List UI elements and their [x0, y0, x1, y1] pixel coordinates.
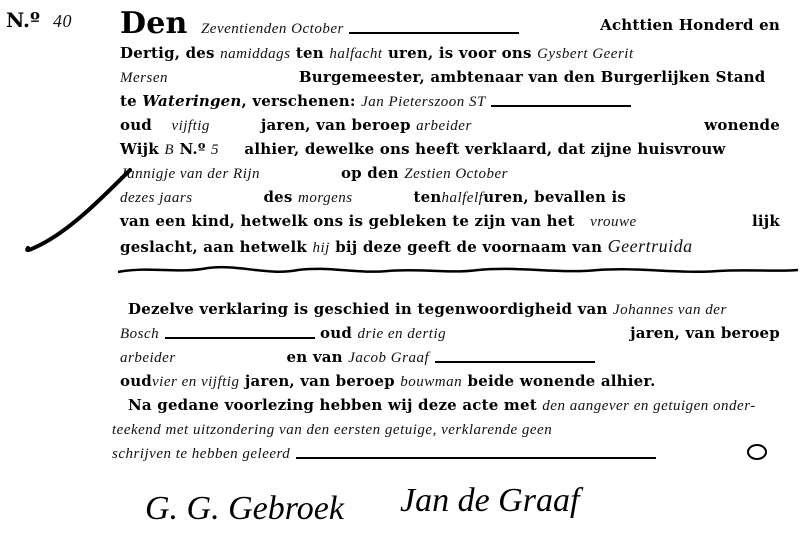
handwritten-witness2-occupation: bouwman — [400, 374, 462, 390]
record-line-7: Jannigje van der Rijn op den Zestien Oct… — [120, 164, 780, 190]
margin-flourish — [20, 160, 140, 260]
handwritten-birth-date: Zestien October — [404, 166, 508, 182]
printed-oud: oud — [120, 116, 152, 134]
signature-mayor: G. G. Gebroek — [145, 490, 344, 528]
birth-record-document: N.º 40 Den Zeventienden October Achttien… — [0, 0, 800, 558]
record-line-5: oud vijftig jaren, van beroep arbeider w… — [120, 116, 780, 142]
fill-line — [165, 329, 315, 339]
handwritten-hour: halfacht — [329, 46, 382, 62]
fill-line — [296, 449, 656, 459]
fill-line-wavy — [118, 262, 798, 282]
printed-number-label: N.º — [179, 140, 205, 158]
handwritten-hij: hij — [312, 240, 329, 256]
record-line-10: geslacht, aan hetwelk hij bij deze geeft… — [120, 236, 780, 262]
handwritten-witness1-surname: Bosch — [120, 326, 159, 342]
handwritten-house-number: 5 — [211, 142, 219, 158]
printed-burgemeester: Burgemeester, ambtenaar van den Burgerli… — [299, 68, 766, 86]
handwritten-child-name: Geertruida — [608, 236, 693, 256]
handwritten-witness2-age: vier en vijftig — [152, 374, 239, 390]
handwritten-witness1-occupation: arbeider — [120, 350, 176, 366]
record-number-label: N.º — [6, 8, 40, 32]
witness-line-3: arbeider en van Jacob Graaf — [120, 348, 780, 374]
printed-ten: ten — [413, 188, 441, 206]
handwritten-declarant-name: Jan Pieterszoon ST — [361, 94, 486, 110]
handwritten-birth-time-of-day: morgens — [298, 190, 353, 206]
handwritten-mayor-name: Gysbert Geerit — [537, 46, 634, 62]
witness-line-5: Na gedane voorlezing hebben wij deze act… — [128, 396, 788, 422]
handwritten-signing-note-cont: teekend met uitzondering van den eersten… — [112, 422, 552, 438]
printed-is-voor-ons: uren, is voor ons — [388, 44, 532, 62]
handwritten-mayor-surname: Mersen — [120, 70, 168, 86]
printed-van-een-kind: van een kind, hetwelk ons is gebleken te… — [120, 212, 575, 230]
closing-mark — [745, 440, 775, 470]
printed-place-wateringen: Wateringen — [142, 92, 241, 110]
record-line-1: Den Zeventienden October Achttien Honder… — [120, 6, 780, 32]
handwritten-witness1-age: drie en dertig — [357, 326, 446, 342]
handwritten-signing-note: den aangever en getuigen onder- — [542, 398, 755, 414]
printed-jaren-beroep: jaren, van beroep — [245, 372, 395, 390]
printed-dertig: Dertig, des — [120, 44, 215, 62]
printed-op-den: op den — [341, 164, 399, 182]
record-line-8: dezes jaars des morgens tenhalfelfuren, … — [120, 188, 780, 214]
handwritten-declarant-age: vijftig — [171, 118, 210, 134]
printed-des: des — [263, 188, 292, 206]
record-number: N.º 40 — [6, 8, 72, 32]
signature-witness: Jan de Graaf — [400, 482, 579, 520]
printed-year: Achttien Honderd en — [600, 16, 780, 34]
printed-oud: oud — [120, 372, 152, 390]
printed-beide-wonende: beide wonende alhier. — [468, 372, 656, 390]
handwritten-declarant-occupation: arbeider — [416, 118, 472, 134]
fill-line — [491, 97, 631, 107]
printed-ten: ten — [296, 44, 324, 62]
handwritten-witness2-name: Jacob Graaf — [348, 350, 429, 366]
witness-line-6: teekend met uitzondering van den eersten… — [112, 420, 772, 446]
printed-wijk: Wijk — [120, 140, 159, 158]
printed-voornaam: bij deze geeft de voornaam van — [335, 238, 602, 256]
handwritten-witness1-name: Johannes van der — [613, 302, 727, 318]
handwritten-birth-hour: halfelf — [441, 190, 483, 206]
witness-line-2: Bosch oud drie en dertig jaren, van bero… — [120, 324, 780, 350]
witness-line-4: oudvier en vijftig jaren, van beroep bou… — [120, 372, 780, 398]
handwritten-time-of-day: namiddags — [220, 46, 290, 62]
printed-dezelve-verklaring: Dezelve verklaring is geschied in tegenw… — [128, 300, 608, 318]
record-line-6: Wijk B N.º 5 alhier, dewelke ons heeft v… — [120, 140, 780, 166]
printed-bevallen: uren, bevallen is — [483, 188, 626, 206]
handwritten-mother-name: Jannigje van der Rijn — [120, 166, 260, 182]
record-line-2: Dertig, des namiddags ten halfacht uren,… — [120, 44, 780, 70]
witness-line-1: Dezelve verklaring is geschied in tegenw… — [128, 300, 788, 326]
printed-lijk: lijk — [752, 212, 780, 230]
printed-oud: oud — [320, 324, 352, 342]
printed-verschenen: , verschenen: — [242, 92, 356, 110]
handwritten-date: Zeventienden October — [201, 21, 344, 37]
fill-line — [435, 353, 595, 363]
handwritten-ward: B — [164, 142, 174, 158]
printed-en-van: en van — [287, 348, 343, 366]
record-number-value: 40 — [53, 11, 72, 31]
handwritten-sex: vrouwe — [590, 214, 637, 230]
record-line-4: te Wateringen, verschenen: Jan Pieterszo… — [120, 92, 780, 118]
printed-geslacht: geslacht, aan hetwelk — [120, 238, 307, 256]
printed-alhier-verklaard: alhier, dewelke ons heeft verklaard, dat… — [244, 140, 725, 158]
printed-jaren-beroep: jaren, van beroep — [261, 116, 411, 134]
printed-jaren-beroep: jaren, van beroep — [630, 324, 780, 342]
record-line-9: van een kind, hetwelk ons is gebleken te… — [120, 212, 780, 238]
witness-line-7: schrijven te hebben geleerd — [112, 444, 772, 470]
printed-wonende: wonende — [704, 116, 780, 134]
record-line-3: Mersen Burgemeester, ambtenaar van den B… — [120, 68, 780, 94]
handwritten-signing-note-end: schrijven te hebben geleerd — [112, 446, 290, 462]
printed-te: te — [120, 92, 137, 110]
fill-line — [349, 24, 519, 34]
printed-na-gedane-voorlezing: Na gedane voorlezing hebben wij deze act… — [128, 396, 537, 414]
printed-den: Den — [120, 6, 188, 41]
